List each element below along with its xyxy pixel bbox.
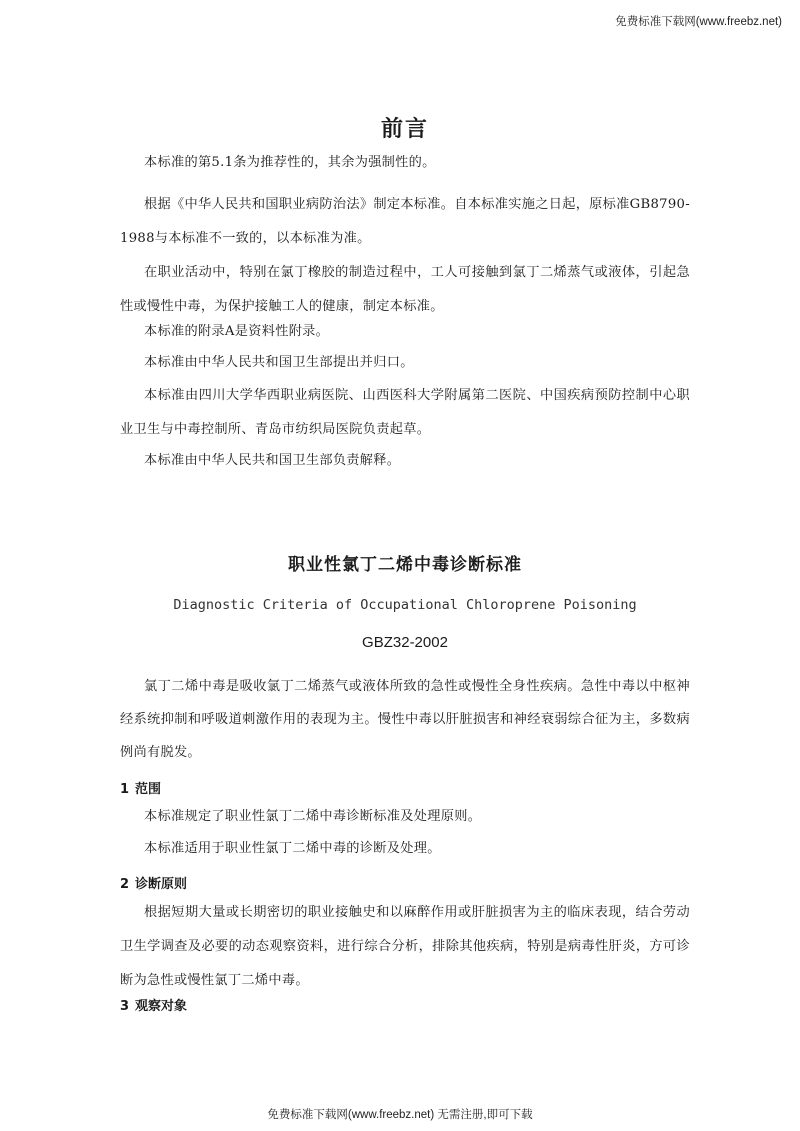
section-number: 2: [120, 877, 129, 892]
section-paragraph: 本标准规定了职业性氯丁二烯中毒诊断标准及处理原则。: [120, 800, 690, 834]
standard-intro: 氯丁二烯中毒是吸收氯丁二烯蒸气或液体所致的急性或慢性全身性疾病。急性中毒以中枢神…: [120, 670, 690, 769]
section-paragraph: 本标准适用于职业性氯丁二烯中毒的诊断及处理。: [120, 832, 690, 866]
standard-code: GBZ32-2002: [120, 634, 690, 651]
header-watermark: 免费标准下载网(www.freebz.net): [615, 13, 782, 29]
preface-paragraph: 本标准由中华人民共和国卫生部提出并归口。: [120, 346, 690, 380]
section-number: 1: [120, 782, 129, 797]
section-number: 3: [120, 999, 129, 1014]
section-heading-diagnosis-principle: 2诊断原则: [120, 873, 187, 892]
preface-paragraph: 本标准的附录A是资料性附录。: [120, 315, 690, 349]
preface-paragraph: 在职业活动中，特别在氯丁橡胶的制造过程中，工人可接触到氯丁二烯蒸气或液体，引起急…: [120, 256, 690, 324]
preface-paragraph: 本标准的第5.1条为推荐性的，其余为强制性的。: [120, 146, 690, 180]
preface-paragraph: 本标准由四川大学华西职业病医院、山西医科大学附属第二医院、中国疾病预防控制中心职…: [120, 379, 690, 447]
standard-title-en: Diagnostic Criteria of Occupational Chlo…: [60, 597, 750, 613]
section-title: 诊断原则: [135, 877, 187, 892]
preface-paragraph: 本标准由中华人民共和国卫生部负责解释。: [120, 444, 690, 478]
section-title: 观察对象: [135, 999, 187, 1014]
section-paragraph: 根据短期大量或长期密切的职业接触史和以麻醉作用或肝脏损害为主的临床表现，结合劳动…: [120, 896, 690, 998]
standard-title-cn: 职业性氯丁二烯中毒诊断标准: [120, 550, 690, 575]
preface-paragraph: 根据《中华人民共和国职业病防治法》制定本标准。自本标准实施之日起，原标准GB87…: [120, 188, 690, 256]
section-heading-scope: 1范围: [120, 778, 161, 797]
section-title: 范围: [135, 782, 161, 797]
footer-watermark: 免费标准下载网(www.freebz.net) 无需注册,即可下载: [0, 1106, 800, 1122]
section-heading-observation: 3观察对象: [120, 995, 187, 1014]
preface-heading: 前言: [120, 112, 690, 143]
